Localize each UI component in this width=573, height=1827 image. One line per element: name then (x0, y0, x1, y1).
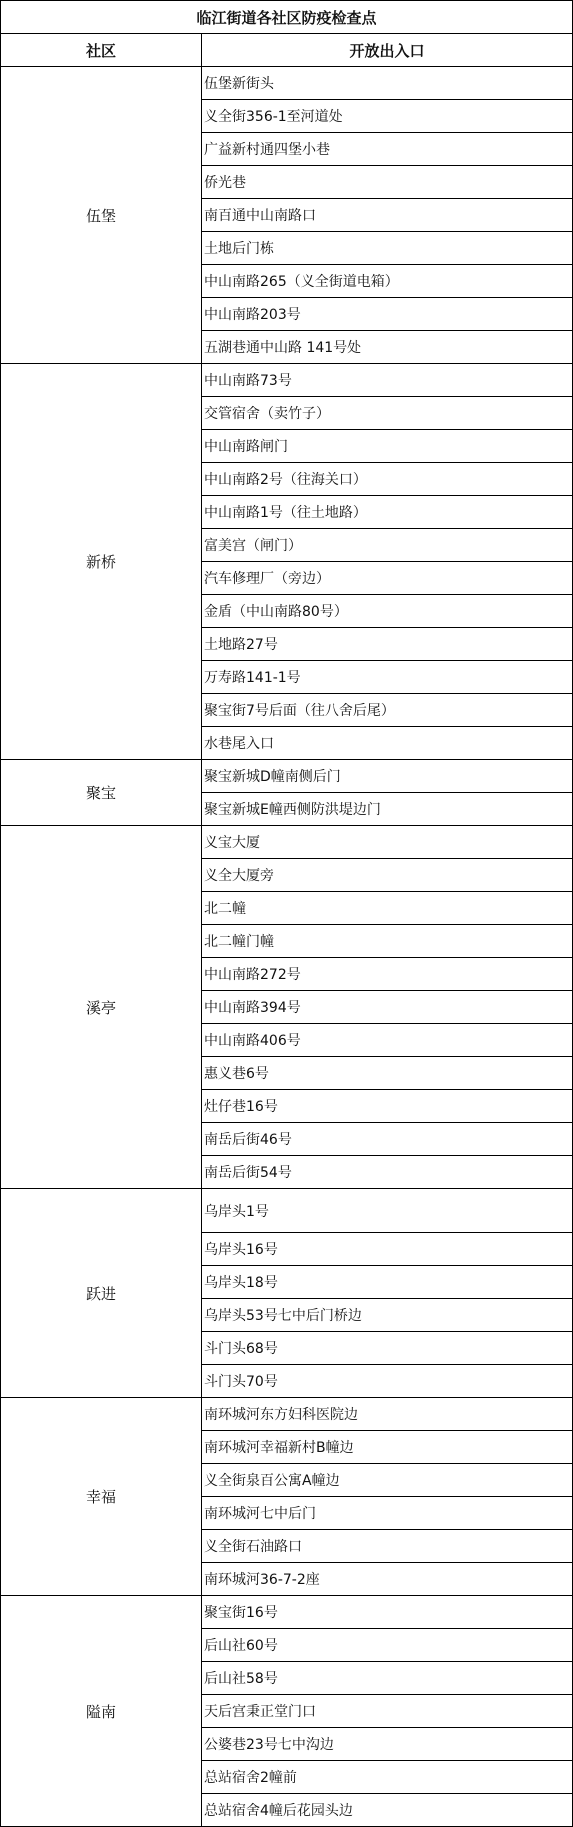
community-name: 聚宝 (1, 760, 202, 826)
entrance-cell: 土地路27号 (202, 628, 573, 661)
community-name: 新桥 (1, 364, 202, 760)
entrance-cell: 乌岸头16号 (202, 1233, 573, 1266)
entrance-cell: 中山南路203号 (202, 298, 573, 331)
entrance-cell: 中山南路406号 (202, 1024, 573, 1057)
entrance-cell: 南环城河36-7-2座 (202, 1563, 573, 1596)
entrance-cell: 侨光巷 (202, 166, 573, 199)
table-body: 伍堡伍堡新街头义全街356-1至河道处广益新村通四堡小巷侨光巷南百通中山南路口土… (1, 67, 573, 1827)
community-name: 溪亭 (1, 826, 202, 1189)
entrance-cell: 乌岸头53号七中后门桥边 (202, 1299, 573, 1332)
entrance-cell: 义全街石油路口 (202, 1530, 573, 1563)
entrance-cell: 义全街泉百公寓A幢边 (202, 1464, 573, 1497)
entrance-cell: 万寿路141-1号 (202, 661, 573, 694)
entrance-cell: 惠义巷6号 (202, 1057, 573, 1090)
table-title: 临江街道各社区防疫检查点 (1, 1, 573, 34)
table-row: 伍堡伍堡新街头 (1, 67, 573, 100)
community-name: 幸福 (1, 1398, 202, 1596)
entrance-cell: 中山南路394号 (202, 991, 573, 1024)
entrance-cell: 灶仔巷16号 (202, 1090, 573, 1123)
entrance-cell: 后山社60号 (202, 1629, 573, 1662)
entrance-cell: 总站宿舍2幢前 (202, 1761, 573, 1794)
entrance-cell: 南岳后街46号 (202, 1123, 573, 1156)
entrance-cell: 汽车修理厂（旁边） (202, 562, 573, 595)
entrance-cell: 南百通中山南路口 (202, 199, 573, 232)
entrance-cell: 伍堡新街头 (202, 67, 573, 100)
table-row: 幸福南环城河东方妇科医院边 (1, 1398, 573, 1431)
entrance-cell: 中山南路闸门 (202, 430, 573, 463)
entrance-cell: 北二幢门幢 (202, 925, 573, 958)
entrance-cell: 斗门头68号 (202, 1332, 573, 1365)
table-row: 跃进乌岸头1号 (1, 1189, 573, 1233)
title-row: 临江街道各社区防疫检查点 (1, 1, 573, 34)
community-name: 跃进 (1, 1189, 202, 1398)
entrance-cell: 中山南路1号（往土地路） (202, 496, 573, 529)
entrance-cell: 聚宝街7号后面（往八舍后尾） (202, 694, 573, 727)
entrance-cell: 总站宿舍4幢后花园头边 (202, 1794, 573, 1827)
community-name: 伍堡 (1, 67, 202, 364)
table-row: 溪亭义宝大厦 (1, 826, 573, 859)
entrance-cell: 聚宝街16号 (202, 1596, 573, 1629)
entrance-cell: 中山南路272号 (202, 958, 573, 991)
column-header-entrances: 开放出入口 (202, 34, 573, 67)
entrance-cell: 五湖巷通中山路 141号处 (202, 331, 573, 364)
entrance-cell: 中山南路73号 (202, 364, 573, 397)
entrance-cell: 中山南路2号（往海关口） (202, 463, 573, 496)
entrance-cell: 北二幢 (202, 892, 573, 925)
entrance-cell: 天后宫秉正堂门口 (202, 1695, 573, 1728)
entrance-cell: 斗门头70号 (202, 1365, 573, 1398)
community-name: 隘南 (1, 1596, 202, 1827)
entrance-cell: 乌岸头1号 (202, 1189, 573, 1233)
entrance-cell: 南岳后街54号 (202, 1156, 573, 1189)
table-row: 聚宝聚宝新城D幢南侧后门 (1, 760, 573, 793)
entrance-cell: 富美宫（闸门） (202, 529, 573, 562)
entrance-cell: 义全大厦旁 (202, 859, 573, 892)
header-row: 社区 开放出入口 (1, 34, 573, 67)
entrance-cell: 土地后门栋 (202, 232, 573, 265)
entrance-cell: 义宝大厦 (202, 826, 573, 859)
entrance-cell: 乌岸头18号 (202, 1266, 573, 1299)
table-row: 隘南聚宝街16号 (1, 1596, 573, 1629)
entrance-cell: 金盾（中山南路80号） (202, 595, 573, 628)
entrance-cell: 聚宝新城D幢南侧后门 (202, 760, 573, 793)
entrance-cell: 聚宝新城E幢西侧防洪堤边门 (202, 793, 573, 826)
entrance-cell: 后山社58号 (202, 1662, 573, 1695)
checkpoint-table: 临江街道各社区防疫检查点 社区 开放出入口 伍堡伍堡新街头义全街356-1至河道… (0, 0, 573, 1827)
entrance-cell: 公婆巷23号七中沟边 (202, 1728, 573, 1761)
entrance-cell: 交管宿舍（卖竹子） (202, 397, 573, 430)
entrance-cell: 义全街356-1至河道处 (202, 100, 573, 133)
entrance-cell: 广益新村通四堡小巷 (202, 133, 573, 166)
entrance-cell: 南环城河七中后门 (202, 1497, 573, 1530)
table-row: 新桥中山南路73号 (1, 364, 573, 397)
entrance-cell: 南环城河东方妇科医院边 (202, 1398, 573, 1431)
entrance-cell: 中山南路265（义全街道电箱） (202, 265, 573, 298)
entrance-cell: 南环城河幸福新村B幢边 (202, 1431, 573, 1464)
entrance-cell: 水巷尾入口 (202, 727, 573, 760)
column-header-community: 社区 (1, 34, 202, 67)
